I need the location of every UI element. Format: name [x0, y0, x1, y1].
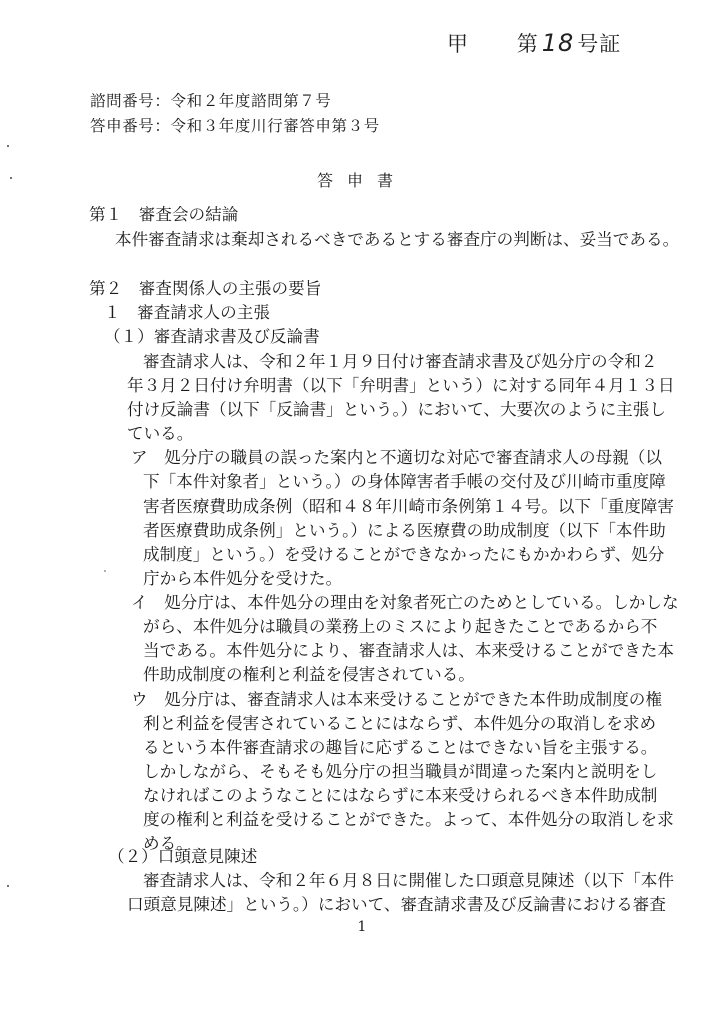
- page-number: 1: [0, 919, 724, 935]
- scan-speck: [104, 570, 106, 572]
- claim-a-line: 成制度」という。）を受けることができなかったにもかかわらず、処分: [143, 545, 664, 565]
- claim-u-line: 利と利益を侵害されていることにはならず、本件処分の取消しを求め: [143, 714, 656, 734]
- claim-a-line: 者医療費助成条例」という。）による医療費の助成制度（以下「本件助: [143, 521, 666, 541]
- claim-u-line: るという本件審査請求の趣旨に応ずることはできない旨を主張する。: [143, 738, 657, 758]
- section-1-heading: 第１ 審査会の結論: [89, 205, 238, 225]
- stamp-suffix: 号証: [577, 28, 621, 58]
- claim-i-line: 件助成制度の権利と利益を侵害されている。: [143, 665, 475, 685]
- stamp-prefix: 第: [517, 28, 539, 58]
- item-2-line: 審査請求人は、令和２年６月８日に開催した口頭意見陳述（以下「本件: [143, 871, 674, 891]
- item-1-heading: （１）審査請求書及び反論書: [104, 327, 320, 347]
- stamp-party: 甲: [447, 28, 469, 58]
- document-title: 答申書: [0, 168, 724, 191]
- claim-i-line: 当である。本件処分により、審査請求人は、本来受けることができた本: [143, 641, 674, 661]
- stamp-number: 18: [542, 29, 575, 57]
- claim-u-line: ウ 処分庁は、審査請求人は本来受けることができた本件助成制度の権: [131, 690, 662, 710]
- claim-i-line: イ 処分庁は、本件処分の理由を対象者死亡のためとしている。しかしな: [131, 593, 679, 613]
- scan-speck: [7, 145, 9, 147]
- section-1-body: 本件審査請求は棄却されるべきであるとする審査庁の判断は、妥当である。: [115, 230, 679, 250]
- item-1-line: ている。: [127, 424, 193, 444]
- report-number: 答申番号：令和３年度川行審答申第３号: [90, 116, 380, 136]
- item-1-line: 年３月２日付け弁明書（以下「弁明書」という）に対する同年４月１３日: [127, 376, 675, 396]
- item-1-line: 付け反論書（以下「反論書」という。）において、大要次のように主張し: [127, 400, 666, 420]
- scan-speck: [10, 177, 12, 179]
- claim-a-line: 下「本件対象者」という。）の身体障害者手帳の交付及び川崎市重度障: [143, 472, 666, 492]
- exhibit-stamp: 甲 第18号証: [447, 28, 621, 58]
- claim-a-line: 害者医療費助成条例（昭和４８年川崎市条例第１４号。以下「重度障害: [143, 497, 674, 517]
- claim-a-line: ア 処分庁の職員の誤った案内と不適切な対応で審査請求人の母親（以: [131, 448, 662, 468]
- document-page: 甲 第18号証 諮問番号：令和２年度諮問第７号 答申番号：令和３年度川行審答申第…: [0, 0, 724, 1024]
- claim-u-line: しかしながら、そもそも処分庁の担当職員が間違った案内と説明をし: [143, 762, 657, 782]
- claim-a-line: 庁から本件処分を受けた。: [143, 569, 342, 589]
- scan-speck: [7, 885, 9, 887]
- inquiry-number: 諮問番号：令和２年度諮問第７号: [90, 91, 332, 111]
- subsection-1-heading: １ 審査請求人の主張: [104, 303, 270, 323]
- item-2-line: 口頭意見陳述」という。）において、審査請求書及び反論書における審査: [127, 895, 666, 915]
- item-2-heading: （２）口頭意見陳述: [108, 847, 257, 867]
- item-1-line: 審査請求人は、令和２年１月９日付け審査請求書及び処分庁の令和２: [143, 352, 657, 372]
- section-2-heading: 第２ 審査関係人の主張の要旨: [89, 279, 321, 299]
- claim-i-line: がら、本件処分は職員の業務上のミスにより起きたことであるから不: [143, 617, 657, 637]
- claim-u-line: 度の権利と利益を受けることができた。よって、本件処分の取消しを求: [143, 810, 674, 830]
- claim-u-line: なければこのようなことにはならずに本来受けられるべき本件助成制: [143, 786, 657, 806]
